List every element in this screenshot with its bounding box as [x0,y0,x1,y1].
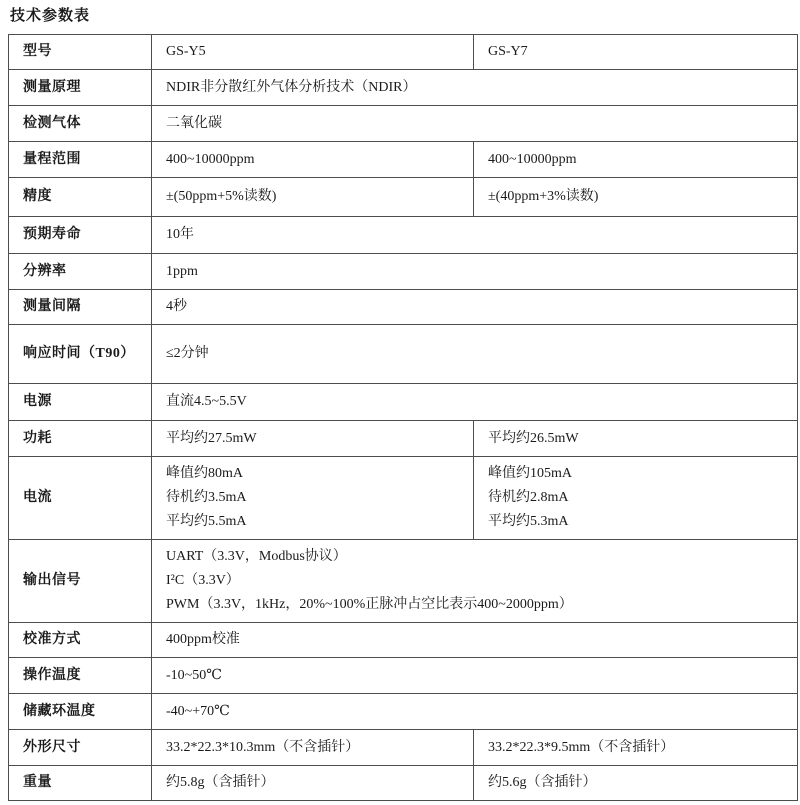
row-label: 测量间隔 [9,290,152,325]
cell-gs-y5: 平均约27.5mW [152,421,474,457]
table-row-dimensions: 外形尺寸 33.2*22.3*10.3mm（不含插针） 33.2*22.3*9.… [9,730,798,766]
table-row-principle: 测量原理 NDIR非分散红外气体分析技术（NDIR） [9,70,798,106]
cell-shared: 4秒 [152,290,798,325]
table-row-response-time: 响应时间（T90） ≤2分钟 [9,325,798,384]
row-label: 检测气体 [9,106,152,142]
table-row-operating-temp: 操作温度 -10~50℃ [9,658,798,694]
cell-shared: UART（3.3V，Modbus协议） I²C（3.3V） PWM（3.3V，1… [152,540,798,623]
cell-gs-y5: ±(50ppm+5%读数) [152,178,474,217]
cell-shared: 10年 [152,217,798,254]
row-label: 功耗 [9,421,152,457]
row-label: 测量原理 [9,70,152,106]
cell-gs-y5: 400~10000ppm [152,142,474,178]
table-row-lifespan: 预期寿命 10年 [9,217,798,254]
cell-shared: -10~50℃ [152,658,798,694]
row-label: 电流 [9,457,152,540]
cell-gs-y7: 峰值约105mA 待机约2.8mA 平均约5.3mA [474,457,798,540]
cell-shared: ≤2分钟 [152,325,798,384]
cell-shared: -40~+70℃ [152,694,798,730]
row-label: 校准方式 [9,623,152,658]
row-label: 型号 [9,35,152,70]
document-page: 技术参数表 型号 GS-Y5 GS-Y7 测量原理 NDIR非分散红外气体分析技… [0,0,800,805]
cell-shared: 二氧化碳 [152,106,798,142]
row-label: 响应时间（T90） [9,325,152,384]
cell-shared: 直流4.5~5.5V [152,384,798,421]
cell-gs-y5: GS-Y5 [152,35,474,70]
cell-gs-y7: 约5.6g（含插针） [474,766,798,801]
row-label: 储藏环温度 [9,694,152,730]
table-row-calibration: 校准方式 400ppm校准 [9,623,798,658]
cell-gs-y7: 平均约26.5mW [474,421,798,457]
table-row-output-signal: 输出信号 UART（3.3V，Modbus协议） I²C（3.3V） PWM（3… [9,540,798,623]
cell-gs-y5: 峰值约80mA 待机约3.5mA 平均约5.5mA [152,457,474,540]
table-row-target-gas: 检测气体 二氧化碳 [9,106,798,142]
row-label: 输出信号 [9,540,152,623]
table-row-current: 电流 峰值约80mA 待机约3.5mA 平均约5.5mA 峰值约105mA 待机… [9,457,798,540]
row-label: 量程范围 [9,142,152,178]
table-row-power-consumption: 功耗 平均约27.5mW 平均约26.5mW [9,421,798,457]
table-row-storage-temp: 储藏环温度 -40~+70℃ [9,694,798,730]
row-label: 操作温度 [9,658,152,694]
table-row-interval: 测量间隔 4秒 [9,290,798,325]
table-row-weight: 重量 约5.8g（含插针） 约5.6g（含插针） [9,766,798,801]
spec-table: 型号 GS-Y5 GS-Y7 测量原理 NDIR非分散红外气体分析技术（NDIR… [8,34,798,801]
table-row-accuracy: 精度 ±(50ppm+5%读数) ±(40ppm+3%读数) [9,178,798,217]
row-label: 分辨率 [9,254,152,290]
row-label: 电源 [9,384,152,421]
cell-gs-y7: ±(40ppm+3%读数) [474,178,798,217]
page-title: 技术参数表 [10,6,800,26]
table-row-resolution: 分辨率 1ppm [9,254,798,290]
row-label: 外形尺寸 [9,730,152,766]
table-row-model: 型号 GS-Y5 GS-Y7 [9,35,798,70]
table-row-power-supply: 电源 直流4.5~5.5V [9,384,798,421]
cell-shared: 400ppm校准 [152,623,798,658]
row-label: 重量 [9,766,152,801]
row-label: 预期寿命 [9,217,152,254]
cell-shared: NDIR非分散红外气体分析技术（NDIR） [152,70,798,106]
cell-gs-y7: 400~10000ppm [474,142,798,178]
cell-gs-y7: GS-Y7 [474,35,798,70]
table-row-range: 量程范围 400~10000ppm 400~10000ppm [9,142,798,178]
cell-gs-y5: 约5.8g（含插针） [152,766,474,801]
cell-gs-y7: 33.2*22.3*9.5mm（不含插针） [474,730,798,766]
row-label: 精度 [9,178,152,217]
cell-shared: 1ppm [152,254,798,290]
cell-gs-y5: 33.2*22.3*10.3mm（不含插针） [152,730,474,766]
